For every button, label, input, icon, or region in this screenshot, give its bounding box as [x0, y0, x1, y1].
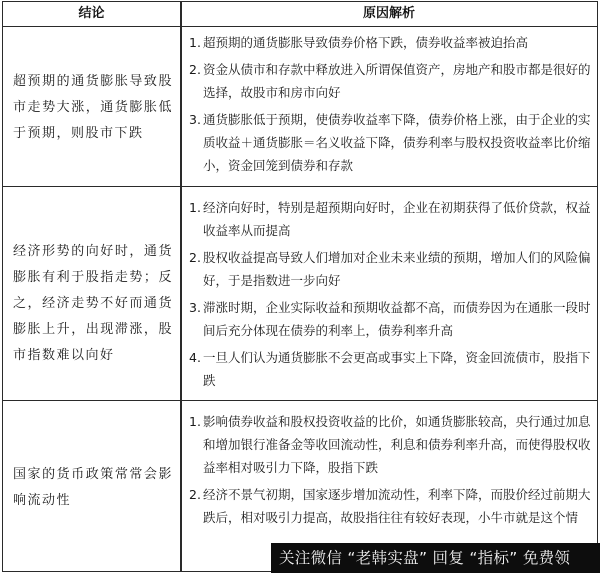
reason-item: 4.一旦人们认为通货膨胀不会更高或事实上下降，资金回流债市，股指下跌: [189, 346, 591, 392]
reason-number: 1.: [189, 196, 201, 219]
header-conclusion: 结论: [3, 2, 180, 26]
conclusion-cell: 经济形势的向好时，通货膨胀有利于股指走势；反之，经济走势不好而通货膨胀上升，出现…: [13, 239, 173, 369]
reason-list: 1.超预期的通货膨胀导致债券价格下跌，债券收益率被迫抬高 2.资金从债市和存款中…: [189, 31, 591, 181]
conclusion-cell: 超预期的通货膨胀导致股市走势大涨，通货膨胀低于预期，则股市下跌: [13, 69, 173, 147]
reason-item: 2.资金从债市和存款中释放进入所谓保值资产，房地产和股市都是很好的选择，故股市和…: [189, 58, 591, 104]
header-analysis: 原因解析: [181, 2, 597, 26]
reason-item: 2.经济不景气初期，国家逐步增加流动性，利率下降，而股价经过前期大跌后，相对吸引…: [189, 483, 591, 529]
column-divider: [180, 2, 182, 571]
analysis-table: 结论 原因解析 超预期的通货膨胀导致股市走势大涨，通货膨胀低于预期，则股市下跌 …: [2, 1, 598, 572]
reason-list: 1.影响债券收益和股权投资收益的比价，如通货膨胀较高，央行通过加息和增加银行准备…: [189, 410, 591, 533]
conclusion-cell: 国家的货币政策常常会影响流动性: [13, 462, 173, 514]
watermark-banner: 关注微信 “老韩实盘” 回复 “指标” 免费领: [271, 543, 600, 573]
table-row: 超预期的通货膨胀导致股市走势大涨，通货膨胀低于预期，则股市下跌 1.超预期的通货…: [3, 27, 597, 187]
reason-number: 1.: [189, 31, 201, 54]
reason-item: 1.影响债券收益和股权投资收益的比价，如通货膨胀较高，央行通过加息和增加银行准备…: [189, 410, 591, 479]
reason-item: 1.超预期的通货膨胀导致债券价格下跌，债券收益率被迫抬高: [189, 31, 591, 54]
reason-text: 超预期的通货膨胀导致债券价格下跌，债券收益率被迫抬高: [203, 35, 528, 50]
table-row: 经济形势的向好时，通货膨胀有利于股指走势；反之，经济走势不好而通货膨胀上升，出现…: [3, 187, 597, 401]
reason-text: 资金从债市和存款中释放进入所谓保值资产，房地产和股市都是很好的选择，故股市和房市…: [203, 62, 591, 100]
reason-text: 经济不景气初期，国家逐步增加流动性，利率下降，而股价经过前期大跌后，相对吸引力提…: [203, 487, 591, 525]
reason-list: 1.经济向好时，特别是超预期向好时，企业在初期获得了低价贷款，权益收益率从而提高…: [189, 196, 591, 396]
reason-number: 2.: [189, 246, 201, 269]
reason-item: 3.通货膨胀低于预期，使债券收益率下降，债券价格上涨，由于企业的实质收益＋通货膨…: [189, 108, 591, 177]
table-header: 结论 原因解析: [3, 2, 597, 27]
reason-text: 滞涨时期，企业实际收益和预期收益都不高，而债券因为在通胀一段时间后充分体现在债券…: [203, 300, 591, 338]
reason-number: 3.: [189, 108, 201, 131]
reason-text: 股权收益提高导致人们增加对企业未来业绩的预期，增加人们的风险偏好，于是指数进一步…: [203, 250, 591, 288]
reason-item: 3.滞涨时期，企业实际收益和预期收益都不高，而债券因为在通胀一段时间后充分体现在…: [189, 296, 591, 342]
reason-text: 影响债券收益和股权投资收益的比价，如通货膨胀较高，央行通过加息和增加银行准备金等…: [203, 414, 591, 475]
reason-item: 1.经济向好时，特别是超预期向好时，企业在初期获得了低价贷款，权益收益率从而提高: [189, 196, 591, 242]
reason-number: 2.: [189, 483, 201, 506]
reason-number: 1.: [189, 410, 201, 433]
reason-text: 通货膨胀低于预期，使债券收益率下降，债券价格上涨，由于企业的实质收益＋通货膨胀＝…: [203, 112, 591, 173]
reason-number: 4.: [189, 346, 201, 369]
reason-number: 2.: [189, 58, 201, 81]
reason-text: 一旦人们认为通货膨胀不会更高或事实上下降，资金回流债市，股指下跌: [203, 350, 591, 388]
reason-text: 经济向好时，特别是超预期向好时，企业在初期获得了低价贷款，权益收益率从而提高: [203, 200, 591, 238]
reason-number: 3.: [189, 296, 201, 319]
reason-item: 2.股权收益提高导致人们增加对企业未来业绩的预期，增加人们的风险偏好，于是指数进…: [189, 246, 591, 292]
